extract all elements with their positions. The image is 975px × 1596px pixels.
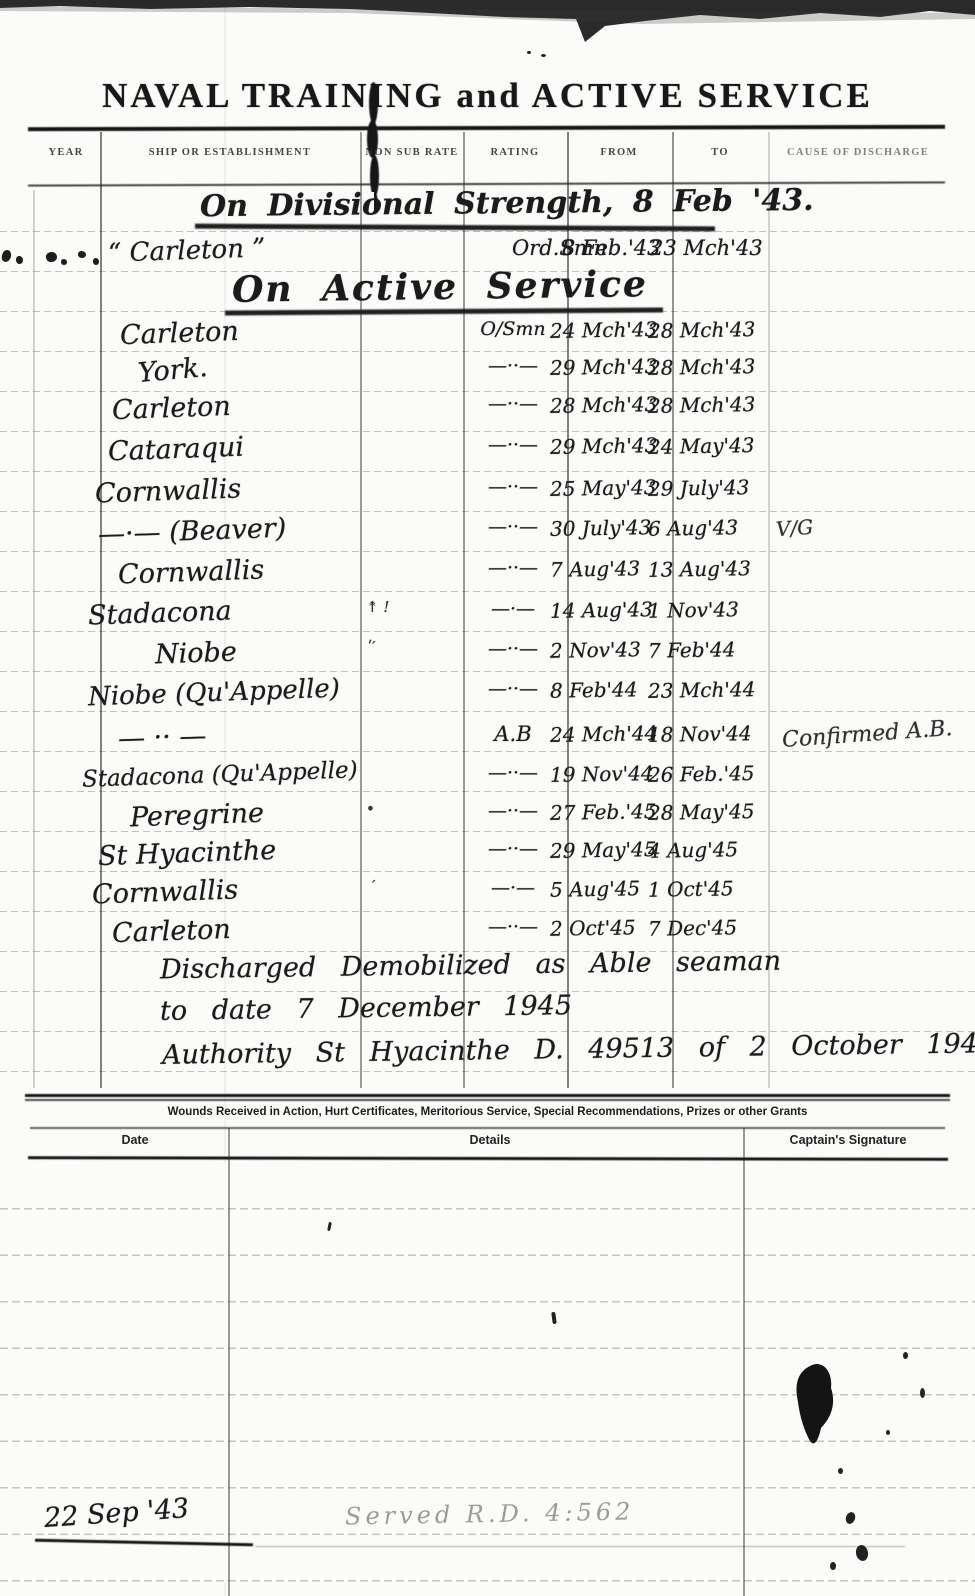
to-date: 4 Aug'45 <box>648 837 739 863</box>
service-row: Carleton O/Smn 24 Mch'43 28 Mch'43 <box>0 318 975 360</box>
rating-value: —··— <box>463 516 563 538</box>
section-heading-divisional: On Divisional Strength, 8 Feb '43. <box>200 183 814 224</box>
to-date: 6 Aug'43 <box>648 515 739 541</box>
ship-name: St Hyacinthe <box>98 835 277 872</box>
from-date: 5 Aug'45 <box>550 876 641 902</box>
rating-value: O/Smn <box>463 318 563 340</box>
from-date: 8 Feb.'43 <box>562 236 661 260</box>
title-rule <box>28 125 945 131</box>
to-date: 7 Feb'44 <box>648 637 736 663</box>
ship-name: Carleton <box>119 316 239 351</box>
awards-section-title: Wounds Received in Action, Hurt Certific… <box>0 1106 975 1118</box>
ship-name: “ Carleton ” <box>108 233 266 268</box>
to-date: 28 Mch'43 <box>648 354 756 380</box>
to-date: 1 Oct'45 <box>648 876 734 901</box>
col-header-ship: Ship or Establishment <box>105 147 355 158</box>
to-date: 24 May'43 <box>648 433 755 459</box>
section-heading-active-service: On Active Service <box>232 263 648 311</box>
ink-speck: ↟ ! <box>366 598 389 616</box>
rating-value: —··— <box>463 638 563 660</box>
col-header-year: Year <box>36 147 96 158</box>
service-row: —·— (Beaver) —··— 30 July'43 6 Aug'43 V/… <box>0 516 975 558</box>
from-date: 29 Mch'43 <box>550 433 658 459</box>
to-date: 28 Mch'43 <box>648 392 756 418</box>
service-row: Cornwallis —··— 25 May'43 29 July'43 <box>0 476 975 518</box>
ink-speck <box>527 51 531 54</box>
discharge-note-line2: to date 7 December 1945 <box>160 990 572 1027</box>
ink-speck <box>903 1352 908 1359</box>
to-date: 23 Mch'44 <box>648 677 756 703</box>
to-date: 18 Nov'44 <box>648 721 752 747</box>
ink-speck: ʹ′ <box>368 638 376 656</box>
awards-col-details: Details <box>300 1133 680 1147</box>
rating-value: —··— <box>463 838 563 860</box>
ship-name: Niobe (Qu'Appelle) <box>88 674 341 713</box>
to-date: 26 Feb.'45 <box>648 761 755 787</box>
ship-name: — ·· — <box>117 720 206 754</box>
service-row: Stadacona (Qu'Appelle) —··— 19 Nov'44 26… <box>0 762 975 804</box>
from-date: 29 May'45 <box>550 837 657 863</box>
from-date: 7 Aug'43 <box>550 556 641 582</box>
service-row: Carleton —··— 28 Mch'43 28 Mch'43 <box>0 393 975 435</box>
service-row: Stadacona ↟ ! —·— 14 Aug'43 1 Nov'43 <box>0 598 975 640</box>
rating-value: —··— <box>463 557 563 579</box>
ink-speck: ′ <box>372 877 375 895</box>
rating-value: —·— <box>463 877 563 899</box>
confirmed-note: Confirmed A.B. <box>781 716 953 753</box>
conduct-note: V/G <box>775 515 814 542</box>
col-header-subrate: Non Sub Rate <box>362 147 462 158</box>
rating-value: —··— <box>463 434 563 456</box>
from-date: 27 Feb.'45 <box>550 799 657 825</box>
ship-name: Cornwallis <box>92 874 239 910</box>
service-row: Cornwallis —··— 7 Aug'43 13 Aug'43 <box>0 557 975 599</box>
rating-value: —··— <box>463 476 563 498</box>
table-line <box>228 1128 230 1596</box>
service-row: Niobe (Qu'Appelle) —··— 8 Feb'44 23 Mch'… <box>0 678 975 720</box>
ink-speck <box>838 1468 843 1474</box>
ink-speck <box>830 1562 836 1570</box>
ship-name: York. <box>137 352 209 389</box>
awards-header-rule <box>28 1156 948 1161</box>
ship-name: Peregrine <box>129 798 264 834</box>
rating-value: —··— <box>463 355 563 377</box>
rating-value: —··— <box>463 916 563 938</box>
ink-speck <box>861 103 865 107</box>
from-date: 19 Nov'44 <box>550 761 654 787</box>
service-row: Cataraqui —··— 29 Mch'43 24 May'43 <box>0 434 975 476</box>
service-row: Niobe ʹ′ —··— 2 Nov'43 7 Feb'44 <box>0 638 975 680</box>
to-date: 1 Nov'43 <box>648 597 739 623</box>
section-divider <box>25 1099 950 1101</box>
ship-name: Cornwallis <box>118 554 265 590</box>
rating-value: —··— <box>463 762 563 784</box>
ship-name: Stadacona <box>88 596 233 632</box>
to-date: 13 Aug'43 <box>648 556 751 582</box>
to-date: 28 May'45 <box>648 799 755 825</box>
page-title: NAVAL TRAINING and ACTIVE SERVICE <box>0 76 975 116</box>
rating-value: —·— <box>463 598 563 620</box>
from-date: 2 Nov'43 <box>550 637 641 663</box>
service-row: York. —··— 29 Mch'43 28 Mch'43 <box>0 355 975 397</box>
service-row: — ·· — A.B 24 Mch'44 18 Nov'44 Confirmed… <box>0 722 975 764</box>
col-header-to: To <box>674 147 766 158</box>
awards-entry-details: Served R.D. 4:562 <box>345 1497 635 1530</box>
ink-speck <box>541 54 546 57</box>
rating-value: —··— <box>463 393 563 415</box>
awards-col-date: Date <box>55 1133 215 1147</box>
ship-name: Stadacona (Qu'Appelle) <box>82 757 358 793</box>
to-date: 29 July'43 <box>648 475 750 501</box>
service-row: St Hyacinthe —··— 29 May'45 4 Aug'45 <box>0 838 975 880</box>
table-line <box>743 1128 745 1596</box>
to-date: 7 Dec'45 <box>648 915 738 941</box>
awards-title-rule <box>30 1127 945 1129</box>
from-date: 28 Mch'43 <box>550 392 658 418</box>
from-date: 25 May'43 <box>550 475 657 501</box>
scanned-service-record-page: NAVAL TRAINING and ACTIVE SERVICE Year S… <box>0 0 975 1596</box>
ink-blot <box>788 1358 848 1458</box>
from-date: 24 Mch'43 <box>550 317 658 343</box>
section-divider <box>25 1094 950 1097</box>
from-date: 14 Aug'43 <box>550 597 653 623</box>
ship-name: —·— (Beaver) <box>98 513 287 551</box>
ink-smear <box>369 82 378 124</box>
from-date: 8 Feb'44 <box>550 677 638 703</box>
col-header-from: From <box>569 147 669 158</box>
from-date: 30 July'43 <box>550 515 652 541</box>
ship-name: Niobe <box>154 637 237 671</box>
from-date: 24 Mch'44 <box>550 721 658 747</box>
rating-value: —··— <box>463 678 563 700</box>
rating-value: —··— <box>463 800 563 822</box>
col-header-rating: Rating <box>465 147 565 158</box>
from-date: 2 Oct'45 <box>550 915 636 940</box>
ink-speck <box>920 1388 925 1398</box>
rating-value: A.B <box>463 722 563 746</box>
entry-underline-faint <box>255 1546 905 1547</box>
service-row: Cornwallis ′ —·— 5 Aug'45 1 Oct'45 <box>0 877 975 919</box>
col-header-cause: Cause of Discharge <box>772 147 944 158</box>
from-date: 29 Mch'43 <box>550 354 658 380</box>
ship-name: Cataraqui <box>108 432 245 468</box>
scan-edge-artifact <box>0 0 975 46</box>
ship-name: Carleton <box>111 914 231 949</box>
ship-name: Cornwallis <box>95 473 242 509</box>
awards-col-signature: Captain's Signature <box>748 1133 948 1147</box>
to-date: 28 Mch'43 <box>648 317 756 343</box>
service-row: Peregrine • —··— 27 Feb.'45 28 May'45 <box>0 800 975 842</box>
ship-name: Carleton <box>111 391 231 426</box>
to-date: 23 Mch'43 <box>650 236 763 260</box>
ink-speck <box>886 1430 890 1435</box>
ink-speck: • <box>366 800 375 818</box>
